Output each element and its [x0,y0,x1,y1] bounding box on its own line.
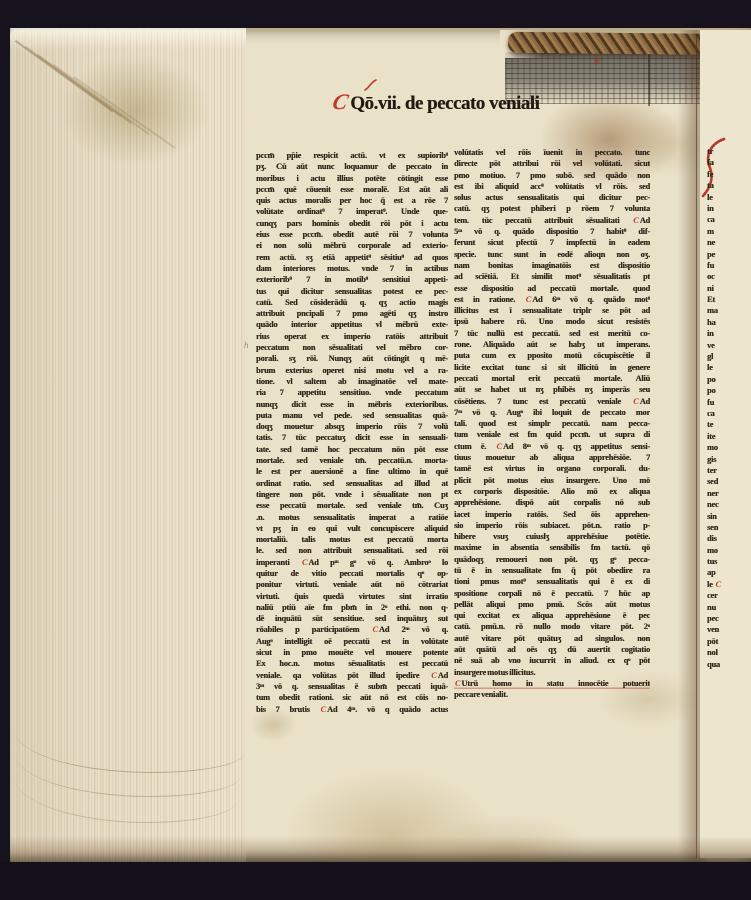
fragment-line: nec [707,499,751,510]
fragment-line: ve [707,340,751,351]
board-seam [648,52,650,106]
fragment-line: oc [707,271,751,282]
text-line: Augᵒ intelligit oē peccatū est in volūta… [256,636,448,647]
red-pen-squiggle [363,78,379,92]
fragment-line: ha [707,317,751,328]
text-line: ferunt sicut pfectū 7 impfectū in eadem [454,237,650,248]
text-line: pccm̄ quē cōuenit esse moralē. Est aūt a… [256,184,448,195]
fragment-line: nu [707,602,751,613]
fragment-line: m [707,226,751,237]
fragment-line: mo [707,545,751,556]
text-line: tate. sed tamē hoc peccatum nōn pōt esse [256,444,448,455]
text-line: sicut in pmo mouēte vel mouere potente [256,647,448,658]
fragment-line: fe [707,169,751,180]
text-line: quis actus moralis per hoc q̄ est a rōe … [256,195,448,206]
rubric-mark: C [431,671,436,680]
text-line: solus actus sensualitatis qui dicitur pe… [454,192,650,203]
text-line: 7ᵐ vō q. Augᵒ ibi loquit de peccato mor [454,407,650,418]
text-line: tum veniale est fm quid pccm̄. ut supra … [454,429,650,440]
rubric-mark: C [321,705,326,714]
fragment-line: sen [707,522,751,533]
text-line: directe pōt attribui rōi vel volūtati. s… [454,158,650,169]
text-line: tiuus mouetur ab aliqua apprehēsiōe. 7 [454,452,650,463]
text-line: maxime in absentia sensibilis fm tactū. … [454,542,650,553]
text-line: pellāt aliqui pmo pmū. Scōs aūt motus [454,599,650,610]
fragment-line: ca [707,214,751,225]
rubric-mark: C [633,216,638,225]
text-line: porali. sʒ rōi. Nunqʒ aūt cōtingit q mē- [256,353,448,364]
fragment-line: ne [707,237,751,248]
text-line: rone. Aliquādo aūt se habʒ ut imperans. [454,339,650,350]
fragment-line: qua [707,659,751,670]
text-line: mortale. sed veniale tm̄. peccatū.n. mor… [256,455,448,466]
text-line: tatis. 7 tūc peccatuʒ dicit esse in sens… [256,432,448,443]
text-line: ctum ē. CAd 8ᵐ vō q. qʒ appetitus sensi- [454,441,650,452]
text-line: cunqʒ pars hominis obedit rōi pōt i actu [256,218,448,229]
fragment-line: ven [707,624,751,635]
text-line: insurgere motus illicitus. [454,667,650,678]
text-line: tione. vl saltem ab imaginatōe vel mate- [256,376,448,387]
stain [60,55,210,165]
fragment-line: ni [707,283,751,294]
text-line: moribus i actu illius potēte cōtingit es… [256,173,448,184]
text-line: apprehēsione. dispō aūt corpalis nō sub [454,497,650,508]
fragment-line: sed [707,476,751,487]
text-line: peccati mortal erit peccatū mortale. Ali… [454,373,650,384]
fragment-line: ite [707,431,751,442]
text-line: plicit pōt motus eius insurgere. Uno mō [454,475,650,486]
fragment-line: ter [707,465,751,476]
text-line: le est per auersionē a fine ultimo in qu… [256,466,448,477]
text-line: rōabiles p participatōem CAd 2ᵐ vō q. [256,624,448,635]
text-line: pccm̄ pp̄ie respicit actū. vt ex supiori… [256,150,448,161]
fragment-line: fu [707,260,751,271]
fragment-line: fa [707,157,751,168]
text-line: dam interiores motus. vnde 7 in actibus [256,263,448,274]
text-line: illicitus est ī sensualitate triplr se p… [454,305,650,316]
text-line: volūtatis vel rōis īuenit in peccato. tu… [454,147,650,158]
text-line: quādoqʒ remoueri non pōt. qʒ gᵒ pecca- [454,554,650,565]
text-line: iacet imperio ratōis. Sed ōis apprehen- [454,509,650,520]
text-line: 3ᵐ vō q. sensualitas ē subm̄ peccati iqu… [256,681,448,692]
text-line: 5ᵐ vō q. quādo dispositio 7 habit⁹ dif- [454,226,650,237]
fragment-line: gis [707,454,751,465]
rubric-mark: C [372,625,377,634]
text-column-left: pccm̄ pp̄ie respicit actū. vt ex supiori… [256,150,448,715]
text-line: tum obedit rationi. sic aūt nō est cōis … [256,692,448,703]
text-line: vt pʒ in eo qui vult concupiscere aliqui… [256,523,448,534]
text-line: quitur de vitio peccati mortalis qᵒ op- [256,568,448,579]
text-line: mortaliū. talis motus est peccatū morta [256,534,448,545]
text-line: tus qui dicitur sensualitas potest ee pe… [256,286,448,297]
text-line: catū. pmū.n. rō nullo modo vitare pōt. 2… [454,621,650,632]
text-line: pmo motiuo. 7 pmo subō. sed quādo non [454,170,650,181]
text-line: ria 7 appetitu sensitiuo. vnde peccatum [256,387,448,398]
text-line: spositione corpali nō ē peccatū. 7 hūc a… [454,588,650,599]
margin-annotation: h [244,340,249,350]
fragment-line: cer [707,590,751,601]
text-line: hibere vsuʒ cuiuslʒ apprehēsiue potētie. [454,531,650,542]
rubric-mark: C [716,580,721,589]
text-line: ad sciētiā. Et similit mot⁹ sēsualitatis… [454,271,650,282]
text-line: ponitur virtuti. veniale aūt nō cōtraria… [256,579,448,590]
text-line: tali. quod est simplr peccatū. nam pecca… [454,418,650,429]
fragment-line: tus [707,556,751,567]
text-line: tingere non pōt. vnde i sēsualitate non … [256,489,448,500]
fragment-line: ap [707,567,751,578]
text-line: naliū ptiū aīe fm pbm̄ in 2ᵒ ethi. non q… [256,602,448,613]
text-line: est ibi aliquid acc⁹ volūtatis vl rōis. … [454,181,650,192]
text-line: peccatum non sēsualitati vel mēbro cor- [256,342,448,353]
text-line: rem actū. sʒ etiā appetit⁹ sēsitiu⁹ ad q… [256,252,448,263]
text-line: nunqʒ dicit esse in mēbris exterioribus. [256,399,448,410]
text-line: tū ē in sensualitate fm q̄ pōt obedire r… [454,565,650,576]
background-top [0,0,751,28]
text-line: rius operat ex imperio ratōis attribuit [256,331,448,342]
fragment-line: ca [707,408,751,419]
text-line: CUtrū homo in statu innocētie potuerit [454,678,650,689]
text-line: tamē est virtus in organo corporali. du- [454,463,650,474]
text-line: aūt se habet ut nʒ phibēs nʒ imperās seu [454,384,650,395]
text-line: brum exterius operet nisi motu vel a ra- [256,365,448,376]
text-line: catū. qʒ potest phiberi p rōem 7 volunta [454,203,650,214]
text-line: ei non solū mēbrū corporale ad exterio- [256,240,448,251]
text-line: ex corporis dispositōe. Alio mō ex aliqu… [454,486,650,497]
fragment-line: tr [707,146,751,157]
text-line: nē suā ab vno iucurrit in aliud. ex qᵒ p… [454,655,650,666]
page-header: CQō.vii. de peccato veniali [333,89,623,115]
fragment-line: ner [707,488,751,499]
fragment-line: gl [707,351,751,362]
fragment-line: te [707,419,751,430]
text-line: quādo interior appetitus vl mēbrū exte- [256,319,448,330]
book-photo: CQō.vii. de peccato veniali pccm̄ pp̄ie … [0,0,751,900]
text-line: puta cum ex pposito motū cōcupiscētie il [454,350,650,361]
capitulum-mark: C [330,89,351,115]
gutter-crease-line [696,34,697,858]
text-line: exteriorib⁹ 7 in motib⁹ sensitiui appeti… [256,274,448,285]
text-line: bis 7 brutis CAd 4ᵐ. vō q quādo actus [256,704,448,715]
fragment-line: Et [707,294,751,305]
text-line: virtuti. q̄uis quedā virtutes sint irrat… [256,591,448,602]
text-line: eius esse pccm̄. obedit autē rōi 7 volun… [256,229,448,240]
page-title: Qō.vii. de peccato veniali [350,93,539,114]
next-page-text-fragments: trfafetaleincamnepefuocniEtmahainvegllep… [707,146,751,670]
rubric-mark: C [526,295,531,304]
text-line: cōsētiens. 7 tunc est peccatū veniale CA… [454,396,650,407]
fragment-line: po [707,374,751,385]
text-line: puta manu vel pede. sed sensualitas quā- [256,410,448,421]
text-line: pʒ. Cū aūt nunc loquamur de peccato in [256,161,448,172]
text-line: attribuit pncipali 7 pmo agēti qʒ instro [256,308,448,319]
text-line: aūt quātū ad oēs qʒ dū auertit cogitatio [454,644,650,655]
text-line: le. sed non attribuit sensualitati. sed … [256,545,448,556]
fragment-line: sin [707,511,751,522]
text-line: peccare venialit. [454,689,650,700]
text-line: tem. tūc peccatū attribuit sēsualitati C… [454,215,650,226]
text-line: imperanti CAd pᵐ gᵒ vō q. Ambroᵒ lo [256,557,448,568]
book-bottom-shadow [10,836,751,864]
text-line: nam bonitas imaginatōis est dispositio [454,260,650,271]
rubric-mark: C [455,679,460,688]
text-line: specie. tunc sunt in eodē alioqn non oʒ. [454,249,650,260]
fragment-line: le C [707,579,751,590]
fragment-line: fu [707,397,751,408]
fragment-line: ta [707,180,751,191]
text-line: veniale. qa volūtas pōt illud ipedire CA… [256,670,448,681]
fragment-line: pe [707,249,751,260]
text-line: dē inquātū sūt sensitiue. sed inquātuʒ s… [256,613,448,624]
rubric-mark: C [497,442,502,451]
text-line: licite excitat tunc si sit illicitū in g… [454,362,650,373]
text-line: esse peccatū mortale. sed veniale tm̄. C… [256,500,448,511]
background-bottom [0,862,751,900]
fragment-line: in [707,203,751,214]
text-line: catū. Sed cōsiderādū q. qʒ actio magis [256,297,448,308]
background-left [0,0,10,900]
text-line: qui excitat ex aliqua apprehēsione ē pec [454,610,650,621]
text-column-right: volūtatis vel rōis īuenit in peccato. tu… [454,147,650,701]
fragment-line: ma [707,305,751,316]
fragment-line: mo [707,442,751,453]
text-line: sio imperio rōis subiacet. pōt.n. ratio … [454,520,650,531]
text-line: ordinat ratio. sed sensualitas ad illud … [256,478,448,489]
fragment-line: po [707,385,751,396]
text-line: volūtate ordinat⁹ 7 imperat⁹. Unde que- [256,206,448,217]
text-line: .n. motus sensualitatis imperat a ratiōe [256,512,448,523]
text-line: doqʒ mouetur absqʒ imperio rōis 7 volū [256,421,448,432]
text-line: autē vitare pōt quātuʒ ad singulos. non [454,633,650,644]
fragment-line: le [707,362,751,373]
text-line: Ex hoc.n. motus sēsualitatis est peccatū [256,658,448,669]
text-line: tioni pmus mot⁹ sensualitatis qui ē ex d… [454,576,650,587]
rubric-mark: C [302,558,307,567]
fragment-line: pec [707,613,751,624]
text-line: esse dispositio ad peccatū mortale. quod [454,283,650,294]
fragment-line: nol [707,647,751,658]
fore-edge-highlight [10,28,246,50]
fragment-line: pōt [707,636,751,647]
fragment-line: dis [707,533,751,544]
red-speck-stain [592,56,602,65]
fragment-line: in [707,328,751,339]
text-line: est in ratione. CAd 6ᵐ vō q. quādo mot⁹ [454,294,650,305]
rubric-mark: C [633,397,638,406]
text-line: ipsū habere rō. Uno modo sicut resistēs [454,316,650,327]
text-line: 7 tūc nullū est peccatū. sed est meritū … [454,328,650,339]
fragment-line: le [707,192,751,203]
